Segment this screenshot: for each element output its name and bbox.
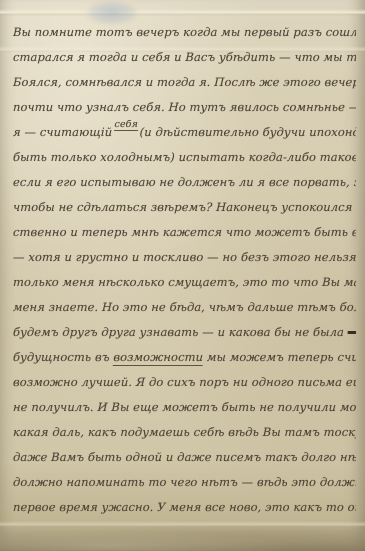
handwriting-line: быть только холоднымъ) испытать когда-ли… <box>13 145 357 170</box>
text-segment-normal: не получилъ. И Вы еще можетъ быть не пол… <box>13 400 357 414</box>
handwriting-line: ственно и теперь мнѣ кажется что можетъ … <box>13 220 357 245</box>
handwriting-line: какая даль, какъ подумаешь себѣ вѣдь Вы … <box>13 420 357 445</box>
handwriting-line: почти что узналъ себя. Но тутъ явилось с… <box>13 95 357 120</box>
text-segment-normal: какая даль, какъ подумаешь себѣ вѣдь Вы … <box>13 425 357 439</box>
text-segment-inserted-above: себя <box>114 120 138 131</box>
paper-crease-top <box>0 9 365 16</box>
handwriting-line: старался я тогда и себя и Васъ убѣдить —… <box>13 45 357 70</box>
handwriting-line: чтобы не сдѣлаться звѣремъ? Наконецъ усп… <box>13 195 357 220</box>
text-segment-normal: если я его испытываю не долженъ ли я все… <box>13 175 357 189</box>
handwriting-line: я — считающійсебя(и дѣйствительно будучи… <box>13 120 357 145</box>
letter-text: Вы помните тотъ вечеръ когда мы первый р… <box>13 20 356 520</box>
handwriting-line: будемъ другъ друга узнавать — и какова б… <box>13 320 357 345</box>
handwriting-line: даже Вамъ быть одной и даже писемъ такъ … <box>13 445 357 470</box>
text-segment-normal: почти что узналъ себя. Но тутъ явилось с… <box>13 100 357 114</box>
manuscript-page: Вы помните тотъ вечеръ когда мы первый р… <box>0 0 365 551</box>
text-segment-normal: я — считающій <box>13 125 113 139</box>
text-segment-underline: возможности <box>113 350 203 366</box>
text-segment-normal: быть только холоднымъ) испытать когда-ли… <box>13 150 357 164</box>
text-segment-normal: чтобы не сдѣлаться звѣремъ? Наконецъ усп… <box>13 200 357 214</box>
text-segment-normal: будущность въ <box>13 350 114 364</box>
handwriting-line: только меня нѣсколько смущаетъ, это то ч… <box>13 270 357 295</box>
text-segment-normal: будемъ другъ друга узнавать — и какова б… <box>13 325 348 339</box>
text-segment-normal: только меня нѣсколько смущаетъ, это то ч… <box>13 275 357 289</box>
text-segment-normal: Боялся, сомнѣвался и тогда я. Послѣ же э… <box>13 75 357 89</box>
page-bottom-worn-edge <box>0 525 365 551</box>
text-segment-normal: меня знаете. Но это не бѣда, чѣмъ дальше… <box>13 300 357 314</box>
text-segment-struck: ~~~~~~~ <box>347 325 356 339</box>
handwriting-line: возможно лучшей. Я до сихъ поръ ни одног… <box>13 370 357 395</box>
handwriting-line: должно напоминать то чего нѣтъ — вѣдь эт… <box>13 470 357 495</box>
handwriting-line: Вы помните тотъ вечеръ когда мы первый р… <box>13 20 357 45</box>
handwriting-line: — хотя и грустно и тоскливо — но безъ эт… <box>13 245 357 270</box>
text-segment-normal: первое время ужасно. У меня все ново, эт… <box>13 500 357 514</box>
handwriting-line: не получилъ. И Вы еще можетъ быть не пол… <box>13 395 357 420</box>
handwriting-line: меня знаете. Но это не бѣда, чѣмъ дальше… <box>13 295 357 320</box>
text-segment-normal: ственно и теперь мнѣ кажется что можетъ … <box>13 225 357 239</box>
handwriting-line: будущность въ возможности мы можемъ тепе… <box>13 345 357 370</box>
text-segment-normal: должно напоминать то чего нѣтъ — вѣдь эт… <box>13 475 357 489</box>
text-segment-normal: старался я тогда и себя и Васъ убѣдить —… <box>13 50 357 64</box>
paper-crease-bottom <box>0 521 365 528</box>
text-segment-normal: (и дѣйствительно будучи ипохондрикомъ мо… <box>139 125 356 139</box>
handwriting-line: первое время ужасно. У меня все ново, эт… <box>13 495 357 520</box>
handwriting-line: если я его испытываю не долженъ ли я все… <box>13 170 357 195</box>
text-segment-normal: Вы помните тотъ вечеръ когда мы первый р… <box>13 25 357 39</box>
text-segment-normal: мы можемъ теперь считать ее <box>203 350 357 364</box>
handwriting-line: Боялся, сомнѣвался и тогда я. Послѣ же э… <box>13 70 357 95</box>
text-segment-normal: — хотя и грустно и тоскливо — но безъ эт… <box>13 250 357 264</box>
text-segment-normal: возможно лучшей. Я до сихъ поръ ни одног… <box>13 375 357 389</box>
text-segment-normal: даже Вамъ быть одной и даже писемъ такъ … <box>13 450 357 464</box>
